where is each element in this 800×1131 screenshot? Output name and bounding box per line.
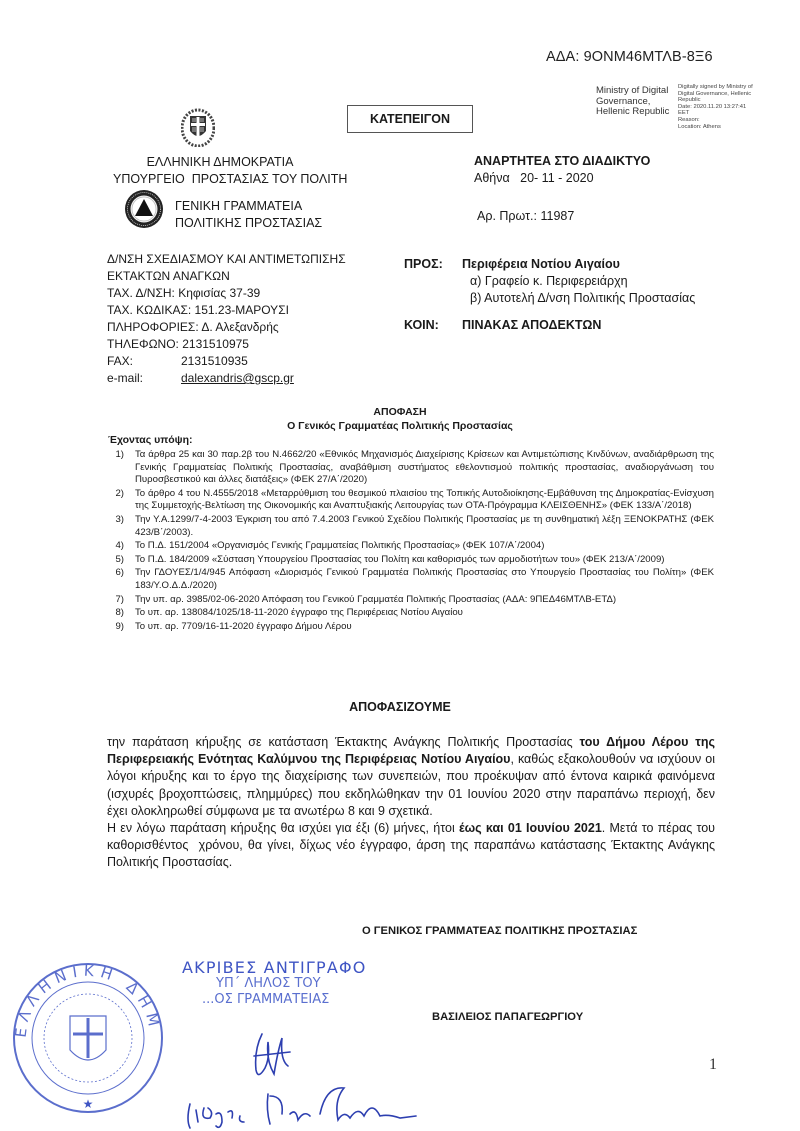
body-paragraph-1: την παράταση κήρυξης σε κατάσταση Έκτακτ…	[107, 734, 715, 820]
consideration-item: 2)Το άρθρο 4 του Ν.4555/2018 «Μεταρρύθμι…	[108, 488, 714, 513]
to-row: ΠΡΟΣ: Περιφέρεια Νοτίου Αιγαίου	[404, 256, 695, 273]
urgent-badge: ΚΑΤΕΠΕΙΓΟΝ	[347, 105, 473, 133]
to-sub-b: β) Αυτοτελή Δ/νση Πολιτικής Προστασίας	[404, 290, 695, 307]
sig-detail-line: Date: 2020.11.20 13:27:41	[678, 104, 768, 111]
body-paragraph-2: Η εν λόγω παράταση κήρυξης θα ισχύει για…	[107, 820, 715, 872]
consideration-number: 8)	[108, 607, 135, 620]
sig-detail-line: Location: Athens	[678, 124, 768, 131]
ada-code: ΑΔΑ: 9ΟΝΜ46ΜΤΛΒ-8Ξ6	[546, 49, 713, 65]
to-sub-a: α) Γραφείο κ. Περιφερειάρχη	[404, 273, 695, 290]
consideration-number: 3)	[108, 514, 135, 539]
official-seal-stamp-icon: ΕΛΛΗΝΙΚΗ ΔΗΜΟΚΡΑΤΙΑ ★	[8, 958, 168, 1118]
consideration-text: Το υπ. αρ. 7709/16-11-2020 έγγραφο Δήμου…	[135, 621, 714, 634]
body-text-bold: έως και 01 Ιουνίου 2021	[459, 821, 602, 835]
consideration-number: 4)	[108, 540, 135, 553]
contact-block: Δ/ΝΣΗ ΣΧΕΔΙΑΣΜΟΥ ΚΑΙ ΑΝΤΙΜΕΤΩΠΙΣΗΣ ΕΚΤΑΚ…	[107, 251, 346, 387]
protocol-number: Αρ. Πρωτ.: 11987	[477, 209, 574, 223]
country-name: ΕΛΛΗΝΙΚΗ ΔΗΜΟΚΡΑΤΙΑ	[113, 154, 327, 171]
civil-protection-logo-icon	[124, 189, 164, 229]
cc-value: ΠΙΝΑΚΑΣ ΑΠΟΔΕΚΤΩΝ	[462, 317, 601, 334]
cc-label: ΚΟΙΝ:	[404, 317, 462, 334]
consideration-item: 4)Το Π.Δ. 151/2004 «Οργανισμός Γενικής Γ…	[108, 540, 714, 553]
consideration-item: 6)Την ΓΔΟΥΕΣ/1/4/945 Απόφαση «Διορισμός …	[108, 567, 714, 592]
sig-detail-line: Reason:	[678, 117, 768, 124]
protocol-label: Αρ. Πρωτ.:	[477, 209, 540, 223]
decision-heading: ΑΠΟΦΑΣΗ Ο Γενικός Γραμματέας Πολιτικής Π…	[100, 405, 700, 433]
protocol-value: 11987	[540, 209, 574, 223]
signatory-name: ΒΑΣΙΛΕΙΟΣ ΠΑΠΑΓΕΩΡΓΙΟΥ	[432, 1011, 583, 1023]
org-line: ΓΕΝΙΚΗ ΓΡΑΜΜΑΤΕΙΑ	[175, 198, 322, 215]
consideration-text: Την υπ. αρ. 3985/02-06-2020 Απόφαση του …	[135, 594, 714, 607]
signer-line: Ministry of Digital	[596, 86, 686, 97]
sig-detail-line: EET	[678, 110, 768, 117]
consideration-text: Την ΓΔΟΥΕΣ/1/4/945 Απόφαση «Διορισμός Γε…	[135, 567, 714, 592]
fax-row: FAX: 2131510935	[107, 353, 346, 370]
consideration-item: 5)Το Π.Δ. 184/2009 «Σύσταση Υπουργείου Π…	[108, 554, 714, 567]
phone: ΤΗΛΕΦΩΝΟ: 2131510975	[107, 336, 346, 353]
stamp-line-3: ...ΟΣ ΓΡΑΜΜΑΤΕΙΑΣ	[182, 992, 367, 1008]
greek-coat-of-arms-icon	[181, 107, 215, 147]
decision-title: ΑΠΟΦΑΣΗ	[100, 405, 700, 419]
svg-text:ΕΛΛΗΝΙΚΗ ΔΗΜΟΚΡΑΤΙΑ: ΕΛΛΗΝΙΚΗ ΔΗΜΟΚΡΑΤΙΑ	[8, 958, 164, 1039]
fax-value: 2131510935	[181, 353, 248, 370]
consideration-text: Την Υ.Α.1299/7-4-2003 Έγκριση του από 7.…	[135, 514, 714, 539]
general-secretariat-name: ΓΕΝΙΚΗ ΓΡΑΜΜΑΤΕΙΑ ΠΟΛΙΤΙΚΗΣ ΠΡΟΣΤΑΣΙΑΣ	[175, 198, 322, 232]
certified-copy-stamp: ΑΚΡΙΒΕΣ ΑΝΤΙΓΡΑΦΟ ΥΠ΄ ΛΗΛΟΣ ΤΟΥ ...ΟΣ ΓΡ…	[182, 960, 367, 1008]
email-label: e-mail:	[107, 370, 181, 387]
decision-subtitle: Ο Γενικός Γραμματέας Πολιτικής Προστασία…	[100, 419, 700, 433]
sig-detail-line: Republic	[678, 97, 768, 104]
digital-signature-signer: Ministry of Digital Governance, Hellenic…	[596, 86, 686, 118]
to-label: ΠΡΟΣ:	[404, 256, 462, 273]
consideration-text: Το άρθρο 4 του Ν.4555/2018 «Μεταρρύθμιση…	[135, 488, 714, 513]
cc-row: ΚΟΙΝ: ΠΙΝΑΚΑΣ ΑΠΟΔΕΚΤΩΝ	[404, 317, 695, 334]
sig-detail-line: Digital Governance, Hellenic	[678, 91, 768, 98]
publication-info: ΑΝΑΡΤΗΤΕΑ ΣΤΟ ΔΙΑΔΙΚΤΥΟ Αθήνα 20- 11 - 2…	[474, 153, 650, 187]
address: ΤΑΧ. Δ/ΝΣΗ: Κηφισίας 37-39	[107, 285, 346, 302]
org-line: ΠΟΛΙΤΙΚΗΣ ΠΡΟΣΤΑΣΙΑΣ	[175, 215, 322, 232]
consideration-item: 3)Την Υ.Α.1299/7-4-2003 Έγκριση του από …	[108, 514, 714, 539]
page-number: 1	[709, 1056, 717, 1074]
publish-note: ΑΝΑΡΤΗΤΕΑ ΣΤΟ ΔΙΑΔΙΚΤΥΟ	[474, 153, 650, 170]
digital-signature-details: Digitally signed by Ministry of Digital …	[678, 84, 768, 130]
consideration-number: 1)	[108, 449, 135, 487]
email-link[interactable]: dalexandris@gscp.gr	[181, 370, 294, 387]
consideration-item: 9)Το υπ. αρ. 7709/16-11-2020 έγγραφο Δήμ…	[108, 621, 714, 634]
decision-body: την παράταση κήρυξης σε κατάσταση Έκτακτ…	[107, 734, 715, 872]
consideration-number: 9)	[108, 621, 135, 634]
department-name: Δ/ΝΣΗ ΣΧΕΔΙΑΣΜΟΥ ΚΑΙ ΑΝΤΙΜΕΤΩΠΙΣΗΣ	[107, 251, 346, 268]
signer-line: Hellenic Republic	[596, 107, 686, 118]
consideration-text: Το Π.Δ. 184/2009 «Σύσταση Υπουργείου Προ…	[135, 554, 714, 567]
consideration-item: 7)Την υπ. αρ. 3985/02-06-2020 Απόφαση το…	[108, 594, 714, 607]
sig-detail-line: Digitally signed by Ministry of	[678, 84, 768, 91]
email-row: e-mail: dalexandris@gscp.gr	[107, 370, 346, 387]
seal-text: ΕΛΛΗΝΙΚΗ ΔΗΜΟΚΡΑΤΙΑ	[8, 958, 164, 1039]
svg-text:★: ★	[83, 1097, 94, 1111]
signatory-title: Ο ΓΕΝΙΚΟΣ ΓΡΑΜΜΑΤΕΑΣ ΠΟΛΙΤΙΚΗΣ ΠΡΟΣΤΑΣΙΑ…	[362, 925, 637, 937]
consideration-text: Το Π.Δ. 151/2004 «Οργανισμός Γενικής Γρα…	[135, 540, 714, 553]
consideration-number: 5)	[108, 554, 135, 567]
consideration-text: Το υπ. αρ. 138084/1025/18-11-2020 έγγραφ…	[135, 607, 714, 620]
department-name-cont: ΕΚΤΑΚΤΩΝ ΑΝΑΓΚΩΝ	[107, 268, 346, 285]
consideration-item: 8)Το υπ. αρ. 138084/1025/18-11-2020 έγγρ…	[108, 607, 714, 620]
handwritten-signature-icon: Γιώργος Παπαδόπουλος	[170, 1030, 430, 1130]
stamp-line-2: ΥΠ΄ ΛΗΛΟΣ ΤΟΥ	[182, 976, 367, 992]
body-text-segment: την παράταση κήρυξης σε κατάσταση Έκτακτ…	[107, 735, 580, 749]
stamp-line-1: ΑΚΡΙΒΕΣ ΑΝΤΙΓΡΑΦΟ	[182, 960, 367, 976]
urgent-label: ΚΑΤΕΠΕΙΓΟΝ	[370, 112, 450, 126]
considering-label: Έχοντας υπόψη:	[108, 434, 193, 446]
place-date: Αθήνα 20- 11 - 2020	[474, 170, 650, 187]
consideration-number: 6)	[108, 567, 135, 592]
postal-code: ΤΑΧ. ΚΩΔΙΚΑΣ: 151.23-ΜΑΡΟΥΣΙ	[107, 302, 346, 319]
issuer-header: ΕΛΛΗΝΙΚΗ ΔΗΜΟΚΡΑΤΙΑ ΥΠΟΥΡΓΕΙΟ ΠΡΟΣΤΑΣΙΑΣ…	[113, 154, 327, 188]
handwritten-name: Γιώργος Παπαδόπουλος	[170, 1030, 181, 1031]
decide-heading: ΑΠΟΦΑΣΙΖΟΥΜΕ	[100, 700, 700, 714]
considerations-list: 1)Τα άρθρα 25 και 30 παρ.2β του Ν.4662/2…	[108, 449, 714, 634]
body-text-segment: Η εν λόγω παράταση κήρυξης θα ισχύει για…	[107, 821, 459, 835]
consideration-text: Τα άρθρα 25 και 30 παρ.2β του Ν.4662/20 …	[135, 449, 714, 487]
to-value: Περιφέρεια Νοτίου Αιγαίου	[462, 256, 620, 273]
consideration-number: 7)	[108, 594, 135, 607]
consideration-number: 2)	[108, 488, 135, 513]
ministry-name: ΥΠΟΥΡΓΕΙΟ ΠΡΟΣΤΑΣΙΑΣ ΤΟΥ ΠΟΛΙΤΗ	[113, 171, 327, 188]
info-contact: ΠΛΗΡΟΦΟΡΙΕΣ: Δ. Αλεξανδρής	[107, 319, 346, 336]
recipients-block: ΠΡΟΣ: Περιφέρεια Νοτίου Αιγαίου α) Γραφε…	[404, 256, 695, 334]
fax-label: FAX:	[107, 353, 181, 370]
consideration-item: 1)Τα άρθρα 25 και 30 παρ.2β του Ν.4662/2…	[108, 449, 714, 487]
